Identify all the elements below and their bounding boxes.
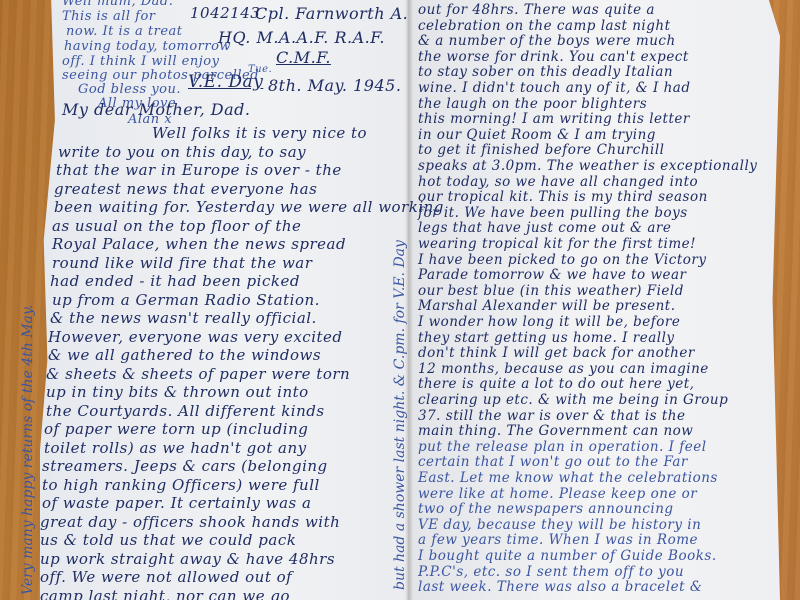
letter-line: legs that have just come out & are <box>418 220 671 236</box>
postscript-line: now. It is a treat <box>66 24 183 39</box>
service-number: 1042143 <box>190 4 260 22</box>
letter-line: East. Let me know what the celebrations <box>418 470 718 486</box>
sender-unit: HQ. M.A.A.F. R.A.F. <box>218 28 385 47</box>
letter-line: streamers. Jeeps & cars (belonging <box>42 457 328 475</box>
postscript-line: This is all for <box>62 9 156 24</box>
letter-line: celebration on the camp last night <box>418 18 671 34</box>
letter-line: there is quite a lot to do out here yet, <box>418 376 694 392</box>
letter-line: main thing. The Government can now <box>418 423 693 439</box>
letter-line: had ended - it had been picked <box>50 272 300 290</box>
letter-line: the laugh on the poor blighters <box>418 96 647 112</box>
letter-line: Parade tomorrow & we have to wear <box>418 267 687 283</box>
letter-line: VE day, because they will be history in <box>418 517 701 533</box>
letter-line: speaks at 3.0pm. The weather is exceptio… <box>418 158 757 174</box>
letter-line: wine. I didn't touch any of it, & I had <box>418 80 691 96</box>
letter-line: the worse for drink. You can't expect <box>418 49 689 65</box>
letter-line: write to you on this day, to say <box>58 143 306 161</box>
letter-line: last week. There was also a bracelet & <box>418 579 702 595</box>
letter-line: I wonder how long it will be, before <box>418 314 680 330</box>
letter-line: they start getting us home. I really <box>418 330 675 346</box>
letter-line: as usual on the top floor of the <box>52 217 301 235</box>
letter-line: I bought quite a number of Guide Books. <box>418 548 717 564</box>
letter-line: Well folks it is very nice to <box>152 124 367 142</box>
postscript-line: Well mum, Dad. <box>62 0 173 9</box>
letter-line: off. We were not allowed out of <box>40 568 292 586</box>
letter-line: the Courtyards. All different kinds <box>46 402 325 420</box>
letter-line: don't think I will get back for another <box>418 345 695 361</box>
letter-line: & sheets & sheets of paper were torn <box>46 365 350 383</box>
letter-line: to get it finished before Churchill <box>418 142 664 158</box>
center-margin-note: but had a shower last night. & C.pm. for… <box>392 240 408 590</box>
letter-line: certain that I won't go out to the Far <box>418 454 688 470</box>
left-margin-note: Very many happy returns of the 4th May. <box>20 305 36 595</box>
letter-line: in our Quiet Room & I am trying <box>418 127 656 143</box>
postscript-line: off. I think I will enjoy <box>62 54 219 69</box>
letter-line: round like wild fire that the war <box>52 254 312 272</box>
letter-line: of paper were torn up (including <box>44 420 308 438</box>
letter-line: put the release plan in operation. I fee… <box>418 439 707 455</box>
letter-date: 8th. May. 1945. <box>268 76 401 95</box>
letter-line: to stay sober on this deadly Italian <box>418 64 673 80</box>
letter-line: greatest news that everyone has <box>54 180 317 198</box>
letter-line: this morning! I am writing this letter <box>418 111 690 127</box>
letter-line: & we all gathered to the windows <box>48 346 321 364</box>
letter-line: up in tiny bits & thrown out into <box>46 383 309 401</box>
letter-line: us & told us that we could pack <box>40 531 296 549</box>
letter-line: camp last night, nor can we go <box>40 587 290 600</box>
letter-line: & a number of the boys were much <box>418 33 676 49</box>
postscript-line: God bless you. <box>78 82 181 97</box>
letter-line: were like at home. Please keep one or <box>418 486 697 502</box>
letter-line: a few years time. When I was in Rome <box>418 532 698 548</box>
letter-line: 37. still the war is over & that is the <box>418 408 685 424</box>
postscript-line: having today, tomorrow <box>64 39 231 54</box>
letter-line: for it. We have been pulling the boys <box>418 205 688 221</box>
letter-line: our best blue (in this weather) Field <box>418 283 684 299</box>
letter-line: hot today, so we have all changed into <box>418 174 698 190</box>
letter-line: up work straight away & have 48hrs <box>40 550 335 568</box>
date-weekday: Tue. <box>248 64 272 75</box>
letter-line: Royal Palace, when the news spread <box>52 235 346 253</box>
letter-line: our tropical kit. This is my third seaso… <box>418 189 708 205</box>
sender-cmf: C.M.F. <box>276 48 331 67</box>
letter-line: that the war in Europe is over - the <box>56 161 342 179</box>
sender-rank-name: Cpl. Farnworth A. <box>255 4 408 23</box>
letter-line: out for 48hrs. There was quite a <box>418 2 655 18</box>
letter-line: 12 months, because as you can imagine <box>418 361 709 377</box>
letter-line: of waste paper. It certainly was a <box>42 494 311 512</box>
letter-line: been waiting for. Yesterday we were all … <box>54 198 444 216</box>
letter-line: to high ranking Officers) were full <box>42 476 320 494</box>
letter-line: great day - officers shook hands with <box>40 513 340 531</box>
letter-line: & the news wasn't really official. <box>50 309 317 327</box>
greeting: My dear Mother, Dad. <box>62 100 250 119</box>
letter-line: clearing up etc. & with me being in Grou… <box>418 392 728 408</box>
letter-line: up from a German Radio Station. <box>52 291 320 309</box>
letter-line: toilet rolls) as we hadn't got any <box>44 439 307 457</box>
letter-line: Marshal Alexander will be present. <box>418 298 676 314</box>
letter-line: wearing tropical kit for the first time! <box>418 236 696 252</box>
letter-line: However, everyone was very excited <box>48 328 343 346</box>
letter-line: P.P.C's, etc. so I sent them off to you <box>418 564 684 580</box>
letter-line: I have been picked to go on the Victory <box>418 252 706 268</box>
date-prefix: V.E. Day <box>188 72 263 92</box>
letter-line: two of the newspapers announcing <box>418 501 674 517</box>
